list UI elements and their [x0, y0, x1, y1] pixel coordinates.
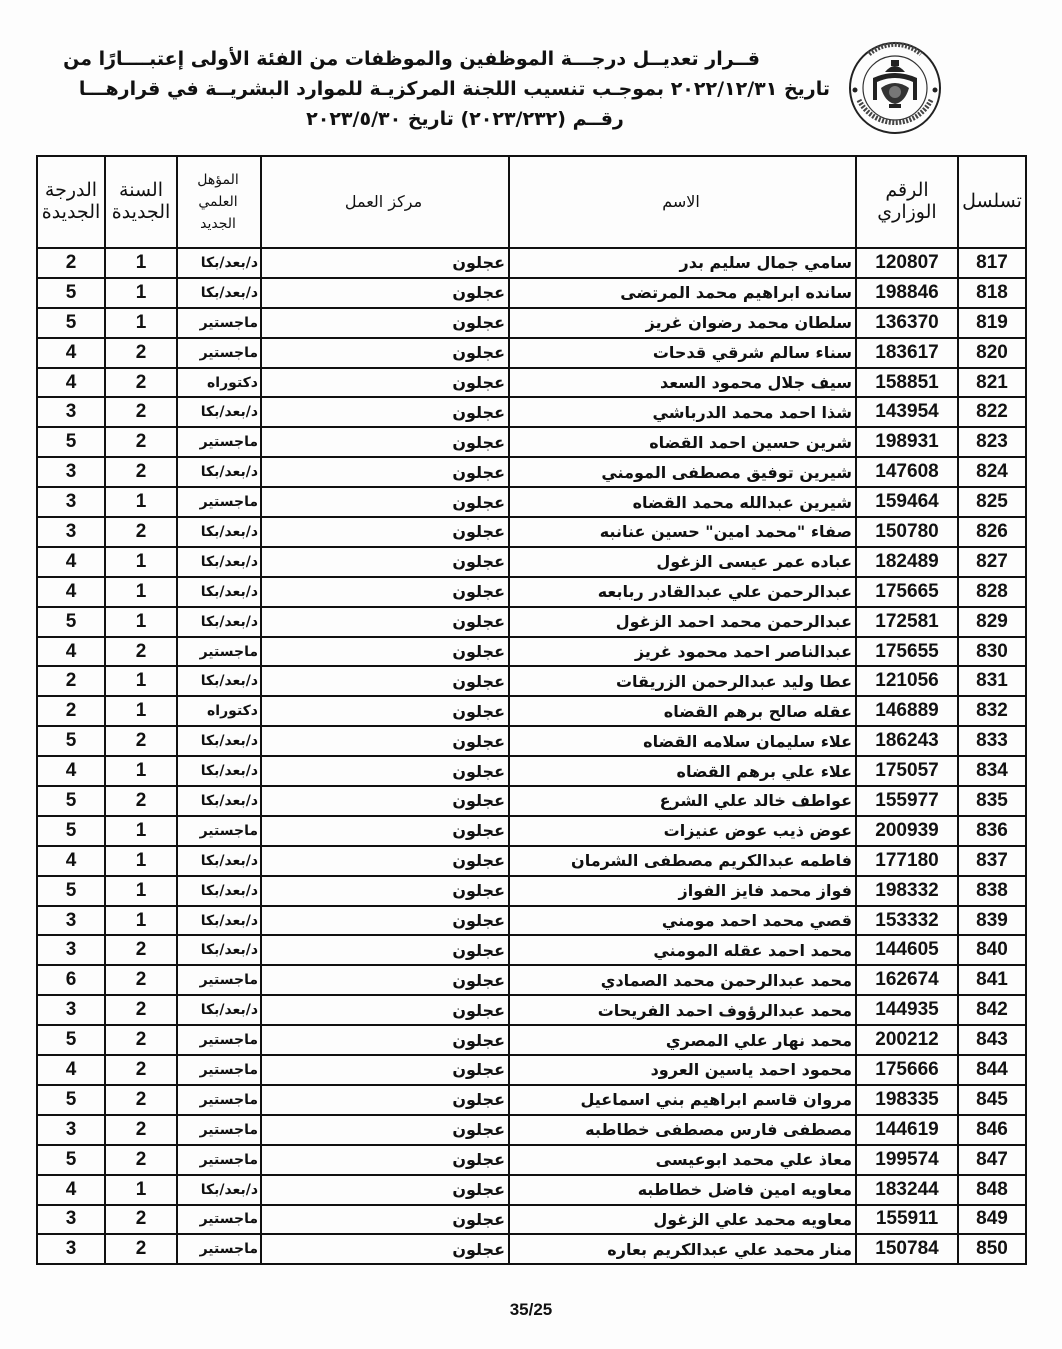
cell-name: سيف جلال محمود السعد	[509, 368, 856, 398]
table-row: 850150784منار محمد علي عبدالكريم بعارهعج…	[37, 1234, 1026, 1264]
cell-work-center: عجلون	[261, 397, 509, 427]
cell-qualification: د/بعد/بكا	[177, 397, 261, 427]
cell-ministry-id: 120807	[856, 248, 958, 278]
cell-new-year: 2	[105, 965, 177, 995]
cell-qualification: د/بعد/بكا	[177, 248, 261, 278]
cell-name: شيرين عبدالله محمد القضاه	[509, 487, 856, 517]
cell-new-year: 1	[105, 278, 177, 308]
cell-ministry-id: 158851	[856, 368, 958, 398]
cell-work-center: عجلون	[261, 278, 509, 308]
cell-qualification: د/بعد/بكا	[177, 517, 261, 547]
cell-new-year: 2	[105, 427, 177, 457]
cell-seq: 838	[958, 876, 1026, 906]
cell-new-year: 2	[105, 397, 177, 427]
cell-name: سامي جمال سليم بدر	[509, 248, 856, 278]
table-row: 845198335مروان قاسم ابراهيم بني اسماعيلع…	[37, 1085, 1026, 1115]
table-row: 836200939عوض ذيب عوض عنيزاتعجلونماجستير1…	[37, 816, 1026, 846]
cell-new-year: 2	[105, 368, 177, 398]
cell-name: مصطفى فارس مصطفى خطاطبه	[509, 1115, 856, 1145]
cell-work-center: عجلون	[261, 786, 509, 816]
cell-new-grade: 4	[37, 577, 105, 607]
cell-qualification: د/بعد/بكا	[177, 666, 261, 696]
cell-work-center: عجلون	[261, 1055, 509, 1085]
cell-new-grade: 6	[37, 965, 105, 995]
table-row: 821158851سيف جلال محمود السعدعجلوندكتورا…	[37, 368, 1026, 398]
cell-name: صفاء "محمد امين" حسين عنانبه	[509, 517, 856, 547]
table-row: 844175666محمود احمد ياسين العرودعجلونماج…	[37, 1055, 1026, 1085]
cell-new-grade: 5	[37, 427, 105, 457]
cell-seq: 817	[958, 248, 1026, 278]
cell-ministry-id: 162674	[856, 965, 958, 995]
cell-new-grade: 4	[37, 547, 105, 577]
table-row: 833186243علاء سليمان سلامه القضاهعجلوند/…	[37, 726, 1026, 756]
cell-work-center: عجلون	[261, 1175, 509, 1205]
cell-new-year: 1	[105, 756, 177, 786]
cell-work-center: عجلون	[261, 1145, 509, 1175]
cell-qualification: ماجستير	[177, 1085, 261, 1115]
cell-ministry-id: 144605	[856, 935, 958, 965]
cell-seq: 826	[958, 517, 1026, 547]
cell-ministry-id: 144619	[856, 1115, 958, 1145]
cell-work-center: عجلون	[261, 906, 509, 936]
cell-qualification: ماجستير	[177, 308, 261, 338]
cell-ministry-id: 146889	[856, 696, 958, 726]
cell-seq: 834	[958, 756, 1026, 786]
cell-new-year: 1	[105, 577, 177, 607]
cell-seq: 835	[958, 786, 1026, 816]
cell-new-year: 1	[105, 248, 177, 278]
cell-name: عقله صالح برهم القضاه	[509, 696, 856, 726]
cell-new-year: 2	[105, 637, 177, 667]
cell-name: شرين حسين احمد القضاه	[509, 427, 856, 457]
table-row: 827182489عباده عمر عيسى الزغولعجلوند/بعد…	[37, 547, 1026, 577]
cell-new-year: 2	[105, 1085, 177, 1115]
cell-name: معاويه امين فاضل خطاطبه	[509, 1175, 856, 1205]
cell-seq: 831	[958, 666, 1026, 696]
cell-qualification: د/بعد/بكا	[177, 876, 261, 906]
header-name: الاسم	[509, 156, 856, 248]
cell-work-center: عجلون	[261, 607, 509, 637]
table-row: 835155977عواطف خالد علي الشرععجلوند/بعد/…	[37, 786, 1026, 816]
table-row: 831121056عطا وليد عبدالرحمن الزريقاتعجلو…	[37, 666, 1026, 696]
cell-new-year: 1	[105, 876, 177, 906]
cell-new-year: 1	[105, 607, 177, 637]
cell-seq: 820	[958, 338, 1026, 368]
cell-new-grade: 4	[37, 1055, 105, 1085]
cell-ministry-id: 159464	[856, 487, 958, 517]
cell-new-grade: 5	[37, 726, 105, 756]
cell-new-year: 1	[105, 816, 177, 846]
cell-qualification: ماجستير	[177, 1145, 261, 1175]
cell-qualification: ماجستير	[177, 427, 261, 457]
cell-qualification: ماجستير	[177, 1055, 261, 1085]
cell-new-grade: 2	[37, 666, 105, 696]
cell-new-year: 1	[105, 666, 177, 696]
cell-qualification: د/بعد/بكا	[177, 846, 261, 876]
cell-qualification: د/بعد/بكا	[177, 786, 261, 816]
cell-ministry-id: 182489	[856, 547, 958, 577]
cell-new-grade: 5	[37, 278, 105, 308]
table-row: 817120807سامي جمال سليم بدرعجلوند/بعد/بك…	[37, 248, 1026, 278]
cell-name: عبدالناصر احمد محمود غريز	[509, 637, 856, 667]
cell-seq: 819	[958, 308, 1026, 338]
cell-qualification: د/بعد/بكا	[177, 547, 261, 577]
cell-new-grade: 3	[37, 935, 105, 965]
cell-seq: 841	[958, 965, 1026, 995]
title-line-1: قــرار تعديــل درجـــة الموظفين والموظفا…	[40, 44, 830, 74]
cell-qualification: د/بعد/بكا	[177, 935, 261, 965]
table-row: 849155911معاويه محمد علي الزغولعجلونماجس…	[37, 1205, 1026, 1235]
cell-qualification: د/بعد/بكا	[177, 1175, 261, 1205]
cell-new-year: 2	[105, 1115, 177, 1145]
table-row: 828175665عبدالرحمن علي عبدالقادر ربابعهع…	[37, 577, 1026, 607]
cell-new-year: 2	[105, 1055, 177, 1085]
cell-new-year: 1	[105, 547, 177, 577]
table-row: 823198931شرين حسين احمد القضاهعجلونماجست…	[37, 427, 1026, 457]
table-row: 848183244معاويه امين فاضل خطاطبهعجلوند/ب…	[37, 1175, 1026, 1205]
cell-ministry-id: 177180	[856, 846, 958, 876]
table-row: 819136370سلطان محمد رضوان غريزعجلونماجست…	[37, 308, 1026, 338]
cell-work-center: عجلون	[261, 637, 509, 667]
cell-seq: 821	[958, 368, 1026, 398]
cell-ministry-id: 144935	[856, 995, 958, 1025]
cell-ministry-id: 175665	[856, 577, 958, 607]
cell-ministry-id: 155977	[856, 786, 958, 816]
cell-new-year: 2	[105, 1025, 177, 1055]
cell-ministry-id: 143954	[856, 397, 958, 427]
table-row: 847199574معاذ علي محمد ابوعيسىعجلونماجست…	[37, 1145, 1026, 1175]
cell-seq: 839	[958, 906, 1026, 936]
cell-work-center: عجلون	[261, 248, 509, 278]
cell-seq: 837	[958, 846, 1026, 876]
cell-name: فاطمه عبدالكريم مصطفى الشرمان	[509, 846, 856, 876]
cell-work-center: عجلون	[261, 457, 509, 487]
cell-new-grade: 3	[37, 487, 105, 517]
cell-qualification: ماجستير	[177, 1115, 261, 1145]
header-ministry-id: الرقم الوزاري	[856, 156, 958, 248]
cell-new-year: 2	[105, 1145, 177, 1175]
cell-name: محمود احمد ياسين العرود	[509, 1055, 856, 1085]
cell-work-center: عجلون	[261, 368, 509, 398]
cell-name: منار محمد علي عبدالكريم بعاره	[509, 1234, 856, 1264]
cell-qualification: ماجستير	[177, 338, 261, 368]
cell-seq: 843	[958, 1025, 1026, 1055]
cell-qualification: د/بعد/بكا	[177, 995, 261, 1025]
cell-new-year: 1	[105, 308, 177, 338]
cell-seq: 830	[958, 637, 1026, 667]
cell-work-center: عجلون	[261, 726, 509, 756]
cell-ministry-id: 200212	[856, 1025, 958, 1055]
header-seq: تسلسل	[958, 156, 1026, 248]
cell-qualification: ماجستير	[177, 816, 261, 846]
cell-ministry-id: 147608	[856, 457, 958, 487]
cell-seq: 818	[958, 278, 1026, 308]
cell-new-grade: 5	[37, 1025, 105, 1055]
cell-new-grade: 4	[37, 1175, 105, 1205]
cell-work-center: عجلون	[261, 995, 509, 1025]
table-row: 837177180فاطمه عبدالكريم مصطفى الشرمانعج…	[37, 846, 1026, 876]
table-header-row: تسلسل الرقم الوزاري الاسم مركز العمل الم…	[37, 156, 1026, 248]
cell-new-year: 1	[105, 846, 177, 876]
cell-work-center: عجلون	[261, 666, 509, 696]
cell-ministry-id: 172581	[856, 607, 958, 637]
table-row: 825159464شيرين عبدالله محمد القضاهعجلونم…	[37, 487, 1026, 517]
cell-new-grade: 3	[37, 1234, 105, 1264]
cell-new-grade: 3	[37, 995, 105, 1025]
cell-qualification: د/بعد/بكا	[177, 906, 261, 936]
cell-ministry-id: 136370	[856, 308, 958, 338]
cell-name: علاء علي برهم القضاه	[509, 756, 856, 786]
cell-qualification: د/بعد/بكا	[177, 607, 261, 637]
document-header: قــرار تعديــل درجـــة الموظفين والموظفا…	[40, 44, 830, 134]
header-new-year: السنة الجديدة	[105, 156, 177, 248]
cell-qualification: د/بعد/بكا	[177, 457, 261, 487]
employees-grade-table: تسلسل الرقم الوزاري الاسم مركز العمل الم…	[36, 155, 1027, 1265]
cell-new-grade: 5	[37, 1145, 105, 1175]
cell-seq: 840	[958, 935, 1026, 965]
cell-new-grade: 5	[37, 786, 105, 816]
header-qualification: المؤهل العلمي الجديد	[177, 156, 261, 248]
cell-work-center: عجلون	[261, 1025, 509, 1055]
cell-qualification: ماجستير	[177, 1234, 261, 1264]
table-row: 834175057علاء علي برهم القضاهعجلوند/بعد/…	[37, 756, 1026, 786]
table-row: 839153332قصي محمد احمد مومنيعجلوند/بعد/ب…	[37, 906, 1026, 936]
cell-new-grade: 5	[37, 1085, 105, 1115]
cell-qualification: ماجستير	[177, 637, 261, 667]
cell-ministry-id: 150784	[856, 1234, 958, 1264]
cell-work-center: عجلون	[261, 487, 509, 517]
table-row: 822143954شذا احمد محمد الدرباشيعجلوند/بع…	[37, 397, 1026, 427]
cell-name: عواطف خالد علي الشرع	[509, 786, 856, 816]
cell-work-center: عجلون	[261, 1234, 509, 1264]
cell-name: مروان قاسم ابراهيم بني اسماعيل	[509, 1085, 856, 1115]
cell-seq: 833	[958, 726, 1026, 756]
header-work-center: مركز العمل	[261, 156, 509, 248]
cell-qualification: د/بعد/بكا	[177, 577, 261, 607]
cell-new-year: 1	[105, 1175, 177, 1205]
cell-name: علاء سليمان سلامه القضاه	[509, 726, 856, 756]
cell-new-year: 2	[105, 995, 177, 1025]
cell-seq: 849	[958, 1205, 1026, 1235]
cell-name: عبدالرحمن علي عبدالقادر ربابعه	[509, 577, 856, 607]
cell-ministry-id: 198846	[856, 278, 958, 308]
cell-ministry-id: 183617	[856, 338, 958, 368]
cell-ministry-id: 199574	[856, 1145, 958, 1175]
cell-work-center: عجلون	[261, 846, 509, 876]
cell-new-grade: 4	[37, 368, 105, 398]
cell-seq: 832	[958, 696, 1026, 726]
cell-seq: 822	[958, 397, 1026, 427]
cell-seq: 824	[958, 457, 1026, 487]
cell-new-grade: 4	[37, 637, 105, 667]
cell-new-year: 2	[105, 935, 177, 965]
cell-new-grade: 4	[37, 756, 105, 786]
cell-seq: 823	[958, 427, 1026, 457]
cell-new-grade: 3	[37, 906, 105, 936]
table-row: 829172581عبدالرحمن محمد احمد الزغولعجلون…	[37, 607, 1026, 637]
cell-new-year: 2	[105, 457, 177, 487]
cell-ministry-id: 186243	[856, 726, 958, 756]
cell-new-year: 2	[105, 517, 177, 547]
table-row: 846144619مصطفى فارس مصطفى خطاطبهعجلونماج…	[37, 1115, 1026, 1145]
cell-new-grade: 5	[37, 816, 105, 846]
cell-name: شذا احمد محمد الدرباشي	[509, 397, 856, 427]
cell-name: عباده عمر عيسى الزغول	[509, 547, 856, 577]
cell-work-center: عجلون	[261, 1115, 509, 1145]
cell-seq: 827	[958, 547, 1026, 577]
cell-name: محمد عبدالرحمن محمد الصمادي	[509, 965, 856, 995]
cell-ministry-id: 153332	[856, 906, 958, 936]
cell-ministry-id: 198931	[856, 427, 958, 457]
cell-qualification: ماجستير	[177, 487, 261, 517]
table-row: 824147608شيرين توفيق مصطفى المومنيعجلوند…	[37, 457, 1026, 487]
cell-work-center: عجلون	[261, 935, 509, 965]
cell-work-center: عجلون	[261, 427, 509, 457]
cell-ministry-id: 175666	[856, 1055, 958, 1085]
cell-new-grade: 3	[37, 397, 105, 427]
header-new-grade: الدرجة الجديدة	[37, 156, 105, 248]
cell-new-year: 2	[105, 726, 177, 756]
table-row: 820183617سناء سالم شرقي قدحاتعجلونماجستي…	[37, 338, 1026, 368]
cell-work-center: عجلون	[261, 1205, 509, 1235]
cell-new-year: 2	[105, 338, 177, 368]
cell-seq: 842	[958, 995, 1026, 1025]
cell-new-year: 1	[105, 696, 177, 726]
cell-work-center: عجلون	[261, 577, 509, 607]
table-row: 840144605محمد احمد عقله المومنيعجلوند/بع…	[37, 935, 1026, 965]
table-row: 826150780صفاء "محمد امين" حسين عنانبهعجل…	[37, 517, 1026, 547]
cell-qualification: د/بعد/بكا	[177, 756, 261, 786]
cell-seq: 844	[958, 1055, 1026, 1085]
cell-ministry-id: 175655	[856, 637, 958, 667]
cell-seq: 828	[958, 577, 1026, 607]
title-line-2: تاريخ ٢٠٢٢/١٢/٣١ بموجـب تنسيب اللجنة الم…	[40, 74, 830, 104]
cell-name: محمد نهار علي المصري	[509, 1025, 856, 1055]
cell-ministry-id: 183244	[856, 1175, 958, 1205]
table-row: 830175655عبدالناصر احمد محمود غريزعجلونم…	[37, 637, 1026, 667]
cell-new-grade: 5	[37, 607, 105, 637]
cell-qualification: دكتوراه	[177, 696, 261, 726]
cell-name: شيرين توفيق مصطفى المومني	[509, 457, 856, 487]
cell-name: عبدالرحمن محمد احمد الزغول	[509, 607, 856, 637]
table-row: 841162674محمد عبدالرحمن محمد الصماديعجلو…	[37, 965, 1026, 995]
cell-seq: 847	[958, 1145, 1026, 1175]
cell-work-center: عجلون	[261, 876, 509, 906]
cell-ministry-id: 200939	[856, 816, 958, 846]
cell-work-center: عجلون	[261, 547, 509, 577]
cell-new-grade: 5	[37, 308, 105, 338]
cell-new-year: 2	[105, 1234, 177, 1264]
table-row: 842144935محمد عبدالرؤوف احمد الفريحاتعجل…	[37, 995, 1026, 1025]
cell-seq: 850	[958, 1234, 1026, 1264]
cell-name: سلطان محمد رضوان غريز	[509, 308, 856, 338]
cell-seq: 846	[958, 1115, 1026, 1145]
cell-qualification: د/بعد/بكا	[177, 278, 261, 308]
cell-qualification: دكتوراه	[177, 368, 261, 398]
cell-new-grade: 4	[37, 338, 105, 368]
cell-seq: 848	[958, 1175, 1026, 1205]
ministry-seal-icon	[847, 40, 943, 136]
cell-qualification: ماجستير	[177, 1205, 261, 1235]
cell-new-grade: 3	[37, 1115, 105, 1145]
cell-seq: 829	[958, 607, 1026, 637]
cell-qualification: ماجستير	[177, 965, 261, 995]
cell-name: فواز محمد فايز الفواز	[509, 876, 856, 906]
cell-ministry-id: 198335	[856, 1085, 958, 1115]
cell-name: عطا وليد عبدالرحمن الزريقات	[509, 666, 856, 696]
cell-new-year: 1	[105, 487, 177, 517]
table-row: 818198846سانده ابراهيم محمد المرتضىعجلون…	[37, 278, 1026, 308]
cell-name: محمد عبدالرؤوف احمد الفريحات	[509, 995, 856, 1025]
cell-ministry-id: 198332	[856, 876, 958, 906]
cell-new-year: 1	[105, 906, 177, 936]
cell-work-center: عجلون	[261, 308, 509, 338]
cell-new-year: 2	[105, 786, 177, 816]
table-body: 817120807سامي جمال سليم بدرعجلوند/بعد/بك…	[37, 248, 1026, 1264]
cell-work-center: عجلون	[261, 338, 509, 368]
table-row: 832146889عقله صالح برهم القضاهعجلوندكتور…	[37, 696, 1026, 726]
cell-seq: 845	[958, 1085, 1026, 1115]
title-line-3: رقــم (٢٠٢٣/٢٣٢) تاريخ ٢٠٢٣/٥/٣٠	[40, 104, 830, 134]
cell-seq: 825	[958, 487, 1026, 517]
cell-new-grade: 2	[37, 696, 105, 726]
cell-work-center: عجلون	[261, 696, 509, 726]
page-number: 35/25	[0, 1300, 1062, 1320]
cell-work-center: عجلون	[261, 756, 509, 786]
cell-name: معاذ علي محمد ابوعيسى	[509, 1145, 856, 1175]
cell-name: سناء سالم شرقي قدحات	[509, 338, 856, 368]
cell-work-center: عجلون	[261, 816, 509, 846]
table-row: 843200212محمد نهار علي المصريعجلونماجستي…	[37, 1025, 1026, 1055]
cell-ministry-id: 150780	[856, 517, 958, 547]
cell-seq: 836	[958, 816, 1026, 846]
cell-new-grade: 3	[37, 517, 105, 547]
cell-new-year: 2	[105, 1205, 177, 1235]
document-page: قــرار تعديــل درجـــة الموظفين والموظفا…	[0, 0, 1062, 1349]
cell-ministry-id: 121056	[856, 666, 958, 696]
cell-new-grade: 2	[37, 248, 105, 278]
table-row: 838198332فواز محمد فايز الفوازعجلوند/بعد…	[37, 876, 1026, 906]
cell-name: قصي محمد احمد مومني	[509, 906, 856, 936]
cell-name: عوض ذيب عوض عنيزات	[509, 816, 856, 846]
cell-new-grade: 5	[37, 876, 105, 906]
cell-new-grade: 3	[37, 457, 105, 487]
cell-ministry-id: 155911	[856, 1205, 958, 1235]
cell-qualification: ماجستير	[177, 1025, 261, 1055]
cell-work-center: عجلون	[261, 1085, 509, 1115]
cell-qualification: د/بعد/بكا	[177, 726, 261, 756]
cell-new-grade: 3	[37, 1205, 105, 1235]
cell-name: سانده ابراهيم محمد المرتضى	[509, 278, 856, 308]
cell-work-center: عجلون	[261, 517, 509, 547]
cell-new-grade: 4	[37, 846, 105, 876]
cell-name: معاويه محمد علي الزغول	[509, 1205, 856, 1235]
cell-ministry-id: 175057	[856, 756, 958, 786]
cell-name: محمد احمد عقله المومني	[509, 935, 856, 965]
cell-work-center: عجلون	[261, 965, 509, 995]
